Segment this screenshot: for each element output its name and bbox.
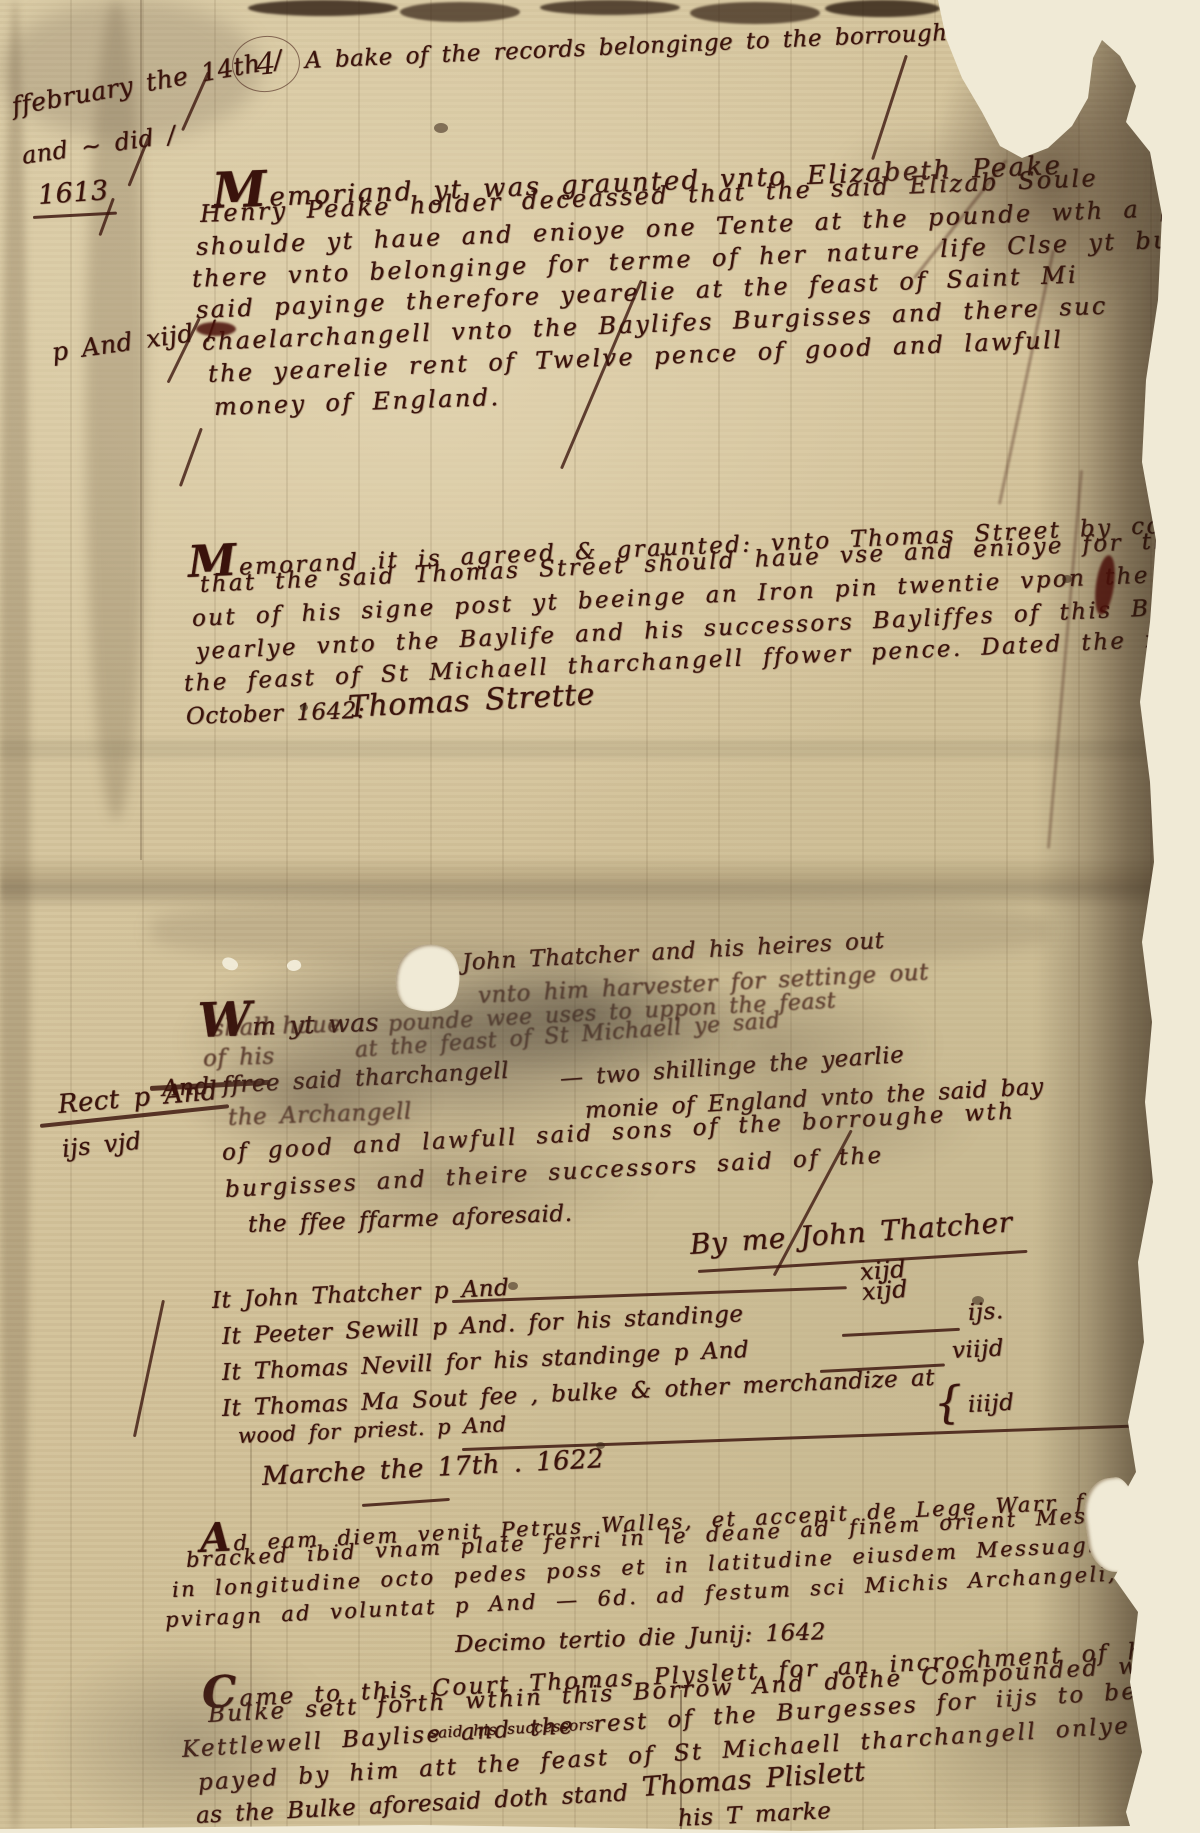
account-row-amount: ijs. [967, 1298, 1004, 1326]
ink-blotch [196, 322, 236, 336]
ink-flourish [179, 428, 203, 487]
account-row-amount: xijd [859, 1255, 907, 1286]
margin-note-receipt-amount: ijs vjd [61, 1127, 143, 1163]
manuscript-line: money of England. [214, 383, 501, 421]
date-line: Marche the 17th . 1622 [261, 1444, 605, 1492]
manuscript-line: of his [203, 1044, 276, 1072]
ink-flourish [133, 1300, 165, 1437]
brace-mark: { [933, 1377, 963, 1429]
margin-note: and ~ did / [20, 121, 178, 170]
manuscript-line: the Archangell [228, 1099, 413, 1131]
margin-note-year: 1613 [37, 175, 110, 211]
dash-line [842, 1328, 960, 1337]
manuscript-text: 4 A bake of the records belonginge to th… [0, 0, 1200, 1833]
manuscript-page: 4 A bake of the records belonginge to th… [0, 0, 1200, 1833]
account-row-item: It John Thatcher p And [211, 1275, 509, 1314]
account-row-amount: viijd [951, 1335, 1004, 1364]
margin-note-rent: p And xijd / [50, 315, 218, 367]
manuscript-scan: { "colors": { "background": "#f0ead6", "… [0, 0, 1200, 1833]
manuscript-line: the ffee ffarme aforesaid. [248, 1201, 573, 1238]
signature-mark: his T marke [677, 1798, 832, 1832]
dash-line [452, 1286, 847, 1302]
manuscript-line: shall haue [212, 1011, 342, 1041]
account-row-amount: iiijd [967, 1390, 1015, 1418]
manuscript-line: October 1642: [186, 698, 366, 730]
page-title: A bake of the records belonginge to the … [304, 18, 998, 74]
